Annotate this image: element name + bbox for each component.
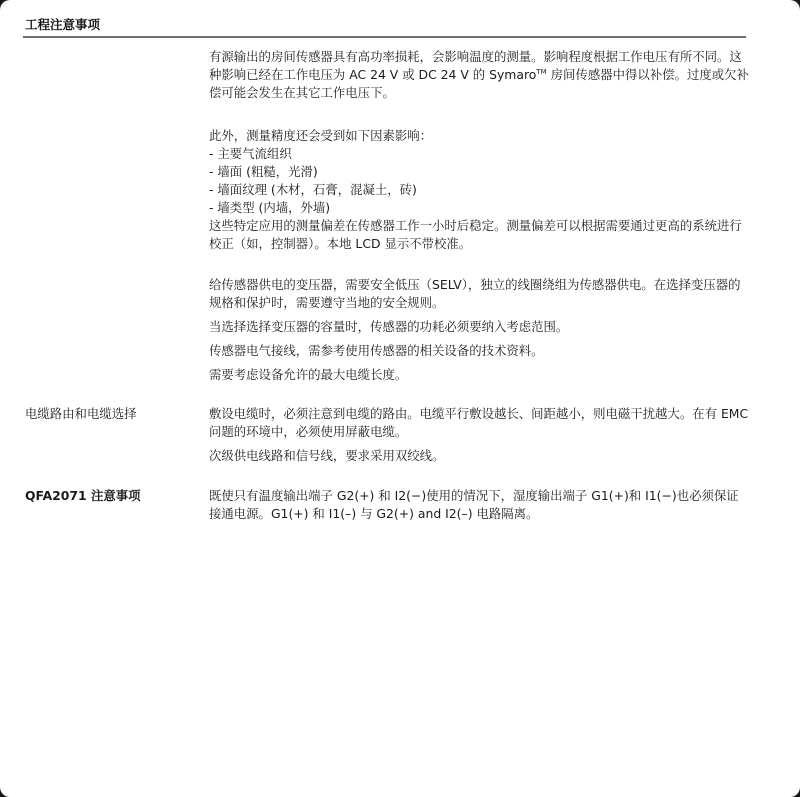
qfa-section: 既使只有温度输出端子 G2(+) 和 I2(−)使用的情况下，湿度输出端子 G1… <box>209 487 749 523</box>
list-item: - 墙类型 (内墙，外墙) <box>209 199 749 217</box>
transformer-section: 给传感器供电的变压器，需要安全低压（SELV），独立的线圈绕组为传感器供电。在选… <box>209 276 749 384</box>
transformer-paragraph: 当选择选择变压器的容量时，传感器的功耗必须要纳入考虑范围。 <box>209 318 749 336</box>
accuracy-section: 此外，测量精度还会受到如下因素影响： - 主要气流组织 - 墙面 (粗糙，光滑)… <box>209 127 749 253</box>
list-item: - 墙面纹理 (木材，石膏，混凝土，砖) <box>209 181 749 199</box>
transformer-paragraph: 给传感器供电的变压器，需要安全低压（SELV），独立的线圈绕组为传感器供电。在选… <box>209 276 749 312</box>
accuracy-tail: 这些特定应用的测量偏差在传感器工作一小时后稳定。测量偏差可以根据需要通过更高的系… <box>209 217 749 253</box>
document-page: 工程注意事项 有源输出的房间传感器具有高功率损耗，会影响温度的测量。影响程度根据… <box>0 0 800 797</box>
qfa-label: QFA2071 注意事项 <box>25 487 141 505</box>
cable-section: 敷设电缆时，必须注意到电缆的路由。电缆平行敷设越长、间距越小，则电磁干扰越大。在… <box>209 405 749 465</box>
accuracy-lead: 此外，测量精度还会受到如下因素影响： <box>209 127 749 145</box>
header-divider <box>23 36 746 38</box>
transformer-paragraph: 需要考虑设备允许的最大电缆长度。 <box>209 366 749 384</box>
list-item: - 主要气流组织 <box>209 145 749 163</box>
cable-label: 电缆路由和电缆选择 <box>25 405 137 423</box>
section-title: 工程注意事项 <box>25 15 100 33</box>
list-item: - 墙面 (粗糙，光滑) <box>209 163 749 181</box>
intro-paragraph: 有源输出的房间传感器具有高功率损耗，会影响温度的测量。影响程度根据工作电压有所不… <box>209 48 749 102</box>
trademark-mark: TM <box>536 68 546 76</box>
qfa-paragraph: 既使只有温度输出端子 G2(+) 和 I2(−)使用的情况下，湿度输出端子 G1… <box>209 487 749 523</box>
transformer-paragraph: 传感器电气接线，需参考使用传感器的相关设备的技术资料。 <box>209 342 749 360</box>
cable-paragraph: 敷设电缆时，必须注意到电缆的路由。电缆平行敷设越长、间距越小，则电磁干扰越大。在… <box>209 405 749 441</box>
cable-paragraph: 次级供电线路和信号线，要求采用双绞线。 <box>209 447 749 465</box>
